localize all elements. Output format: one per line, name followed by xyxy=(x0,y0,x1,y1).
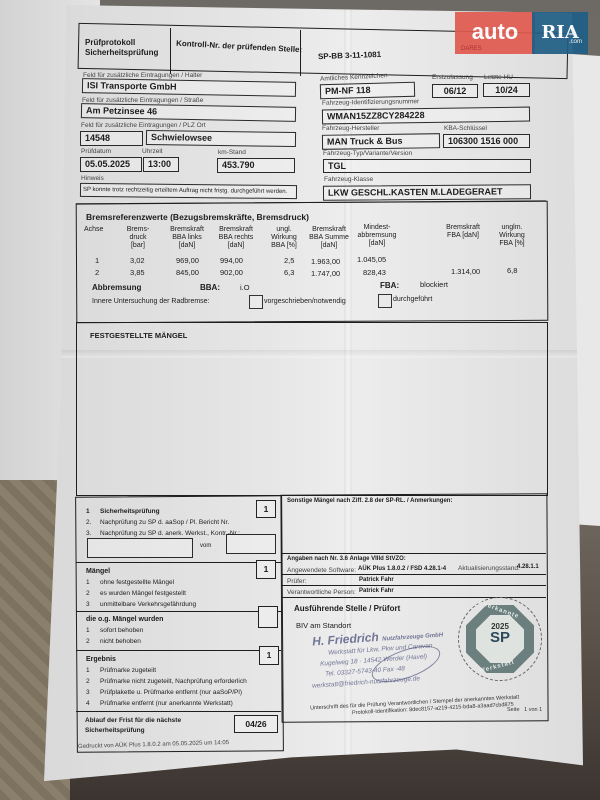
row2-ungl-bba: 6,3 xyxy=(284,268,294,277)
divider-software xyxy=(281,553,546,554)
row2-druck: 3,85 xyxy=(130,268,145,277)
class-field: LKW GESCHL.KASTEN M.LADEGERAET xyxy=(323,184,531,200)
first-registration-label: Erstzulassung xyxy=(432,74,473,81)
km-value: 453.790 xyxy=(218,159,294,172)
check-type-item-1: 1Sicherheitsprüfung xyxy=(86,508,160,515)
deadline-label: Ablauf der Frist für die nächste Sicherh… xyxy=(85,717,181,734)
recognized-workshop-seal: 2025 SP Anerkannte Werkstatt xyxy=(458,597,542,681)
fixed-title: die o.g. Mängel wurden xyxy=(86,616,163,623)
result-item-4-label: Prüfmarke entfernt (nur anerkannte Werks… xyxy=(100,700,233,707)
zip-field: 14548 xyxy=(80,131,143,146)
row1-achse: 1 xyxy=(95,256,99,265)
check-type-item-3: 3.Nachprüfung zu SP d. anerk. Werkst., K… xyxy=(86,530,240,537)
inspector-label: Prüfer: xyxy=(287,578,307,585)
responsible-value: Patrick Fahr xyxy=(359,588,394,594)
place-title: Ausführende Stelle / Prüfort xyxy=(294,604,400,613)
maengel-item-2-label: es wurden Mängel festgestellt xyxy=(100,590,186,597)
defects-title: FESTGESTELLTE MÄNGEL xyxy=(90,331,187,340)
maengel-code: 1 xyxy=(256,560,276,579)
result-item-2: 2Prüfmarke nicht zugeteilt, Nachprüfung … xyxy=(86,678,247,685)
form-title: Prüfprotokoll Sicherheitsprüfung xyxy=(85,38,158,58)
row1-ungl-bba: 2,5 xyxy=(284,256,294,265)
zip-value: 14548 xyxy=(81,132,142,145)
check-type-item-1-label: Sicherheitsprüfung xyxy=(100,508,160,515)
place-location: BIV am Standort xyxy=(296,621,351,630)
maengel-item-3: 3unmittelbare Verkehrsgefährdung xyxy=(86,601,196,608)
last-hu-label: Letzte HU xyxy=(484,74,513,81)
autoria-logo-ria: RIA .com xyxy=(532,12,588,54)
bba-value: i.O xyxy=(240,283,250,292)
bba-label: BBA: xyxy=(200,283,220,292)
row2-rechts: 902,00 xyxy=(220,268,243,277)
date-field: 05.05.2025 xyxy=(80,157,142,172)
col-bba-summe: Bremskraft BBA Summe [daN] xyxy=(306,226,352,250)
result-item-4: 4Prüfmarke entfernt (nur anerkannte Werk… xyxy=(86,700,233,707)
check-type-item-2-label: Nachprüfung zu SP d. aaSop / Pl. Bericht… xyxy=(100,519,229,526)
plate-field: PM-NF 118 xyxy=(320,82,415,99)
col-bba-rechts: Bremskraft BBA rechts [daN] xyxy=(212,226,260,250)
row2-achse: 2 xyxy=(95,268,99,277)
software-value: AÜK Plus 1.8.0.2 / FSD 4.28.1-4 xyxy=(358,566,446,572)
col-ungl-fba: unglm. Wirkung FBA [%] xyxy=(492,224,532,248)
col-mindestabbremsung: Mindest- abbremsung [daN] xyxy=(352,224,402,248)
time-value: 13:00 xyxy=(144,158,178,171)
divider-result xyxy=(76,650,281,651)
inspector-value: Patrick Fahr xyxy=(359,577,394,583)
divider-responsible xyxy=(281,585,546,586)
option-required-label: vorgeschrieben/notwendig xyxy=(264,298,346,305)
maengel-title: Mängel xyxy=(86,568,110,575)
row2-ungl-fba: 6,8 xyxy=(507,266,517,275)
checkbox-done[interactable] xyxy=(378,294,392,308)
seal-sp: SP xyxy=(476,631,524,645)
checkbox-required[interactable] xyxy=(249,295,263,309)
last-hu-field: 10/24 xyxy=(483,83,530,97)
date-label: Prüfdatum xyxy=(81,148,111,155)
page-number: Seite 1 von 1 xyxy=(507,707,542,713)
software-title: Angaben nach Nr. 3.6 Anlage VIIId StVZO: xyxy=(287,556,406,562)
kba-field: 106300 1516 000 xyxy=(443,134,530,148)
km-label: km-Stand xyxy=(218,149,246,156)
software-label: Angewendete Software: xyxy=(287,567,356,574)
col-ungl-bba: ungl. Wirkung BBA [%] xyxy=(262,226,306,250)
kba-label: KBA-Schlüssel xyxy=(444,125,487,132)
city-field: Schwielowsee xyxy=(146,130,296,147)
row1-druck: 3,02 xyxy=(130,256,145,265)
row1-mindest: 1.045,05 xyxy=(357,255,386,264)
col-achse: Achse xyxy=(84,226,114,234)
form-title-line-1: Prüfprotokoll xyxy=(85,38,158,48)
brake-table-title: Bremsreferenzwerte (Bezugsbremskräfte, B… xyxy=(86,212,309,222)
street-value: Am Petzinsee 46 xyxy=(82,104,295,121)
defects-frame xyxy=(76,322,548,496)
row2-links: 845,00 xyxy=(176,268,199,277)
vom-label: vom xyxy=(200,543,211,549)
maengel-item-2: 2es wurden Mängel festgestellt xyxy=(86,590,186,597)
kba-value: 106300 1516 000 xyxy=(444,135,529,148)
plate-value: PM-NF 118 xyxy=(321,83,414,98)
check-type-item-2: 2.Nachprüfung zu SP d. aaSop / Pl. Beric… xyxy=(86,519,229,526)
row2-summe: 1.747,00 xyxy=(311,269,340,278)
responsible-label: Verantwortliche Person: xyxy=(287,589,356,596)
dares-label: DARES xyxy=(461,46,482,52)
col-bba-links: Bremskraft BBA links [daN] xyxy=(163,226,211,250)
maker-label: Fahrzeug-Hersteller xyxy=(322,125,379,132)
seal-center: 2025 SP xyxy=(476,615,524,663)
first-registration-value: 06/12 xyxy=(433,85,477,98)
row2-mindest: 828,43 xyxy=(363,268,386,277)
city-label: Feld für zusätzliche Eintragungen / PLZ … xyxy=(81,122,206,129)
holder-value: ISI Transporte GmbH xyxy=(83,79,295,96)
maengel-item-1-label: ohne festgestellte Mängel xyxy=(100,579,174,586)
option-done-label: durchgeführt xyxy=(393,296,432,303)
col-fba: Bremskraft FBA [daN] xyxy=(440,224,486,240)
fixed-item-2-label: nicht behoben xyxy=(100,638,141,645)
update-label: Aktualisierungsstand: xyxy=(458,565,520,572)
report-number-field[interactable] xyxy=(87,538,193,558)
row2-fba: 1.314,00 xyxy=(451,267,480,276)
km-field: 453.790 xyxy=(217,158,295,173)
date-value: 05.05.2025 xyxy=(81,158,141,171)
deadline-value: 04/26 xyxy=(234,715,278,733)
header-divider xyxy=(170,28,171,74)
city-value: Schwielowsee xyxy=(147,131,295,146)
other-defects-title: Sonstige Mängel nach Ziff. 2.8 der SP-RL… xyxy=(287,498,452,504)
result-item-1: 1Prüfmarke zugeteilt xyxy=(86,667,156,674)
result-item-1-label: Prüfmarke zugeteilt xyxy=(100,667,156,674)
row1-rechts: 994,00 xyxy=(220,256,243,265)
col-bremsdruck: Brems- druck [bar] xyxy=(118,226,158,250)
fba-label: FBA: xyxy=(380,281,399,290)
maker-value: MAN Truck & Bus xyxy=(323,134,439,149)
result-item-2-label: Prüfmarke nicht zugeteilt, Nachprüfung e… xyxy=(100,678,247,685)
update-value: 4.28.1.1 xyxy=(517,564,539,570)
maker-field: MAN Truck & Bus xyxy=(322,133,440,150)
vin-field: WMAN15ZZ8CY284228 xyxy=(322,107,530,125)
abbremsung-label: Abbremsung xyxy=(92,283,141,292)
maengel-item-1: 1ohne festgestellte Mängel xyxy=(86,579,174,586)
time-label: Uhrzeit xyxy=(142,148,163,155)
fixed-item-1: 1sofort behoben xyxy=(86,627,143,634)
result-item-3: 3Prüfplakette u. Prüfmarke entfernt (nur… xyxy=(86,689,242,696)
fba-value: blockiert xyxy=(420,280,448,289)
form-title-line-2: Sicherheitsprüfung xyxy=(85,48,158,58)
vin-value: WMAN15ZZ8CY284228 xyxy=(323,108,529,124)
last-hu-value: 10/24 xyxy=(484,84,529,97)
result-title: Ergebnis xyxy=(86,656,116,663)
divider-maengel xyxy=(76,562,281,563)
report-date-field[interactable] xyxy=(226,534,276,554)
check-type-item-3-label: Nachprüfung zu SP d. anerk. Werkst., Kon… xyxy=(100,530,240,537)
inner-inspection-label: Innere Untersuchung der Radbremse: xyxy=(92,298,210,305)
deadline-label-2: Sicherheitsprüfung xyxy=(85,727,181,734)
type-label: Fahrzeug-Typ/Variante/Version xyxy=(323,150,412,157)
logo-text-auto: auto xyxy=(472,19,518,44)
result-code: 1 xyxy=(259,646,279,665)
first-registration-field: 06/12 xyxy=(432,84,478,98)
check-type-code: 1 xyxy=(256,500,276,518)
divider-fixed xyxy=(76,611,281,612)
type-field: TGL xyxy=(323,159,531,173)
fixed-item-1-label: sofort behoben xyxy=(100,627,143,634)
divider-deadline xyxy=(76,711,281,712)
fixed-item-2: 2nicht behoben xyxy=(86,638,141,645)
time-field: 13:00 xyxy=(143,157,179,172)
divider-inspector xyxy=(281,574,546,575)
row1-summe: 1.963,00 xyxy=(311,257,340,266)
class-value: LKW GESCHL.KASTEN M.LADEGERAET xyxy=(324,185,530,199)
row1-links: 969,00 xyxy=(176,256,199,265)
type-value: TGL xyxy=(324,160,530,173)
note-label: Hinweis xyxy=(81,175,104,182)
result-item-3-label: Prüfplakette u. Prüfmarke entfernt (nur … xyxy=(100,689,242,696)
note-field: SP konnte trotz rechtzeitig erteiltem Au… xyxy=(80,183,297,199)
maengel-item-3-label: unmittelbare Verkehrsgefährdung xyxy=(100,601,196,608)
deadline-label-1: Ablauf der Frist für die nächste xyxy=(85,717,181,724)
note-value: SP konnte trotz rechtzeitig erteiltem Au… xyxy=(81,184,296,198)
fixed-code xyxy=(258,606,278,628)
class-label: Fahrzeug-Klasse xyxy=(324,176,373,183)
